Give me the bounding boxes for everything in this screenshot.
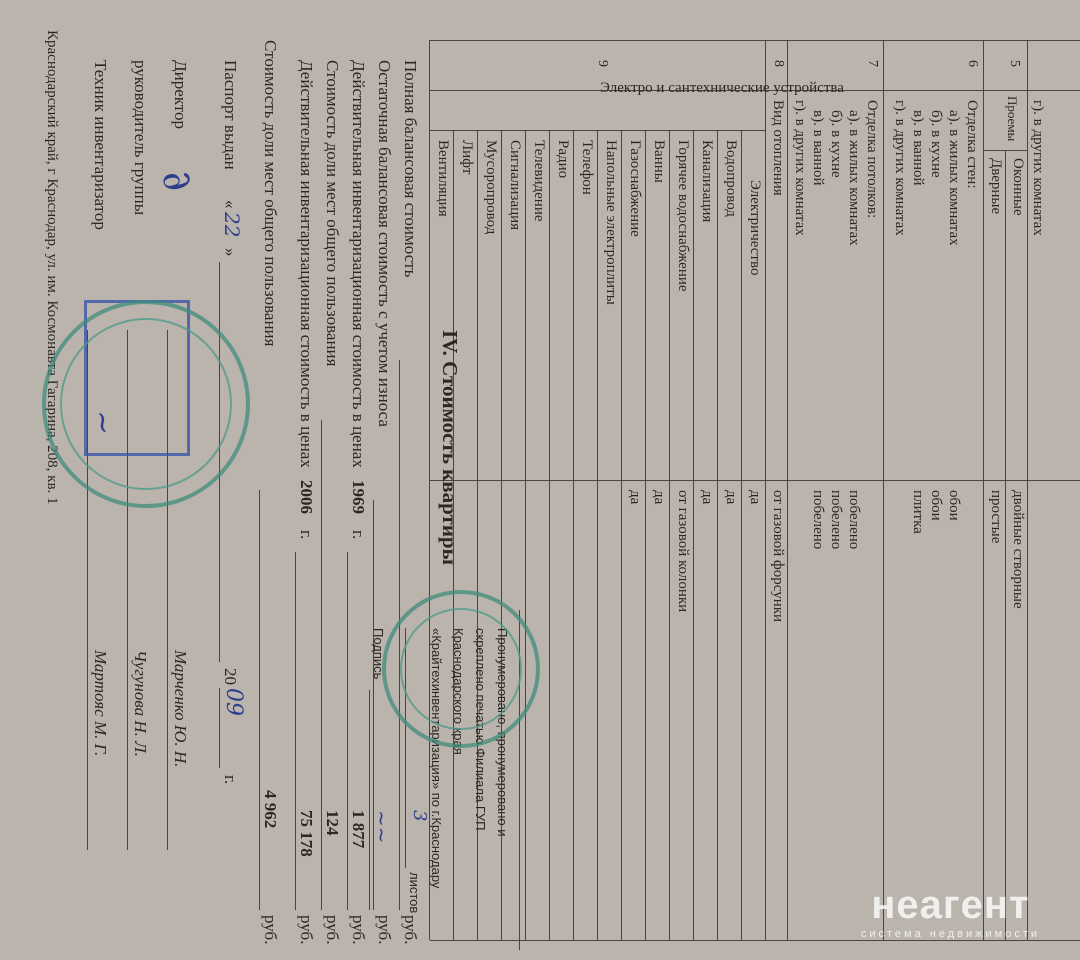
row9-item-value: да xyxy=(626,490,643,504)
row9-item-label: Радио xyxy=(554,140,571,178)
cell-divider xyxy=(430,130,766,131)
row5-label: Проемы xyxy=(1004,96,1020,141)
row6-item-value: обои xyxy=(927,490,944,521)
row9-item-label: Телефон xyxy=(578,140,595,195)
row9-item-label: Сигнализация xyxy=(506,140,523,230)
row9-item-label: Горячее водоснабжение xyxy=(674,140,691,292)
row9-item-label: Напольные электроплиты xyxy=(602,140,619,305)
cost-line-value: 124 xyxy=(322,810,342,836)
row-divider xyxy=(717,130,718,940)
row7-label: Отделка потолков: xyxy=(863,100,880,218)
note-signature: ~~ xyxy=(370,810,394,844)
row7-item-value: побелено xyxy=(827,490,844,549)
row-divider xyxy=(597,130,598,940)
row6-item-value: плитка xyxy=(909,490,926,534)
watermark-tagline: система недвижимости xyxy=(861,928,1040,940)
row-divider xyxy=(983,40,984,940)
underline xyxy=(259,490,260,910)
signatory-role: Директор xyxy=(170,60,190,129)
row9-item-label: Телевидение xyxy=(530,140,547,222)
row-divider xyxy=(1005,150,1006,940)
row8-label: Вид отопления xyxy=(769,100,786,196)
underline xyxy=(219,688,220,768)
signatory-role: руководитель группы xyxy=(130,60,150,215)
underline xyxy=(347,552,348,910)
cell-divider xyxy=(984,150,1028,151)
row7-item-value: побелено xyxy=(809,490,826,549)
common-share-value: 4 962 xyxy=(260,790,280,828)
row-number: 5 xyxy=(1006,60,1022,67)
row7-item-label: б). в кухне xyxy=(827,110,844,178)
row9-item-value: от газовой колонки xyxy=(674,490,691,612)
row9-item-label: Газоснабжение xyxy=(626,140,643,237)
row9-label: Электро и сантехнические устройства xyxy=(600,80,844,97)
signature-director: ∂ xyxy=(152,163,202,198)
row9-item-label: Лифт xyxy=(458,140,475,174)
cost-line-label: Действительная инвентаризационная стоимо… xyxy=(348,60,368,468)
cost-line-year: 1969 xyxy=(348,480,368,514)
cost-line-unit: руб. xyxy=(322,915,342,944)
row9-item-label: Электричество xyxy=(746,180,763,275)
row6-item-label: а). в жилых комнатах xyxy=(945,110,962,246)
common-share-label: Стоимость доли мест общего пользования xyxy=(260,40,280,346)
row-number: 9 xyxy=(594,60,610,67)
row7-item-value: побелено xyxy=(845,490,862,549)
row9-item-value: да xyxy=(746,490,763,504)
row-divider xyxy=(741,130,742,940)
row-divider xyxy=(787,40,788,940)
passport-close-quote: » xyxy=(220,248,240,257)
row5-item-value: простые xyxy=(987,490,1004,543)
row5-item-label: Оконные xyxy=(1009,158,1026,216)
table-border-right xyxy=(430,940,1080,941)
row9-item-value: да xyxy=(722,490,739,504)
row-divider xyxy=(693,130,694,940)
row-number: 7 xyxy=(864,60,880,67)
row6-item-label: в). в ванной xyxy=(909,110,926,186)
watermark-brand: неагент xyxy=(861,883,1040,928)
row-divider xyxy=(883,40,884,940)
row-divider xyxy=(669,130,670,940)
passport-year-prefix: 20 xyxy=(220,668,240,685)
row-divider xyxy=(525,130,526,940)
cost-line-year-suffix: г. xyxy=(296,530,316,539)
row5-item-value: двойные створные xyxy=(1009,490,1026,609)
row9-item-value: да xyxy=(650,490,667,504)
signatory-role: Техник инвентаризатор xyxy=(90,60,110,230)
document-page: г). в других комнатах 5 Проемы Оконные д… xyxy=(0,0,1080,960)
row9-item-label: Ванны xyxy=(650,140,667,183)
row7-item-label: а). в жилых комнатах xyxy=(845,110,862,246)
row6-item-label: г). в других комнатах xyxy=(891,100,908,236)
row6-label: Отделка стен: xyxy=(963,100,980,189)
signatory-name: Марченко Ю. Н. xyxy=(170,650,190,767)
row-divider xyxy=(765,40,766,940)
row9-item-label: Вентиляция xyxy=(434,140,451,217)
sheets-label: листов xyxy=(407,872,422,913)
cost-line-label: Остаточная балансовая стоимость с учетом… xyxy=(374,60,394,427)
cost-line-label: Действительная инвентаризационная стоимо… xyxy=(296,60,316,468)
passport-day: 22 xyxy=(220,212,244,237)
passport-open-quote: « xyxy=(220,200,240,209)
sheets-count: 3 xyxy=(409,810,430,821)
underline xyxy=(321,420,322,910)
cost-line-unit: руб. xyxy=(296,915,316,944)
row6-item-label: б). в кухне xyxy=(927,110,944,178)
row-number: 8 xyxy=(770,60,786,67)
row6-item-value: обои xyxy=(945,490,962,521)
row-number: 6 xyxy=(964,60,980,67)
row9-item-label: Мусоропровод xyxy=(482,140,499,234)
passport-year-suffix: г. xyxy=(220,775,240,784)
passport-year: 09 xyxy=(221,688,246,716)
cost-line-year-suffix: г. xyxy=(348,530,368,539)
round-stamp-note xyxy=(382,590,540,748)
row-divider xyxy=(1027,40,1028,940)
underline xyxy=(369,690,370,910)
row5-item-label: Дверные xyxy=(987,158,1004,214)
row-divider xyxy=(549,130,550,940)
section-title: IV. Стоимость квартиры xyxy=(437,330,462,565)
row-divider xyxy=(621,130,622,940)
row9-item-label: Водопровод xyxy=(722,140,739,217)
row7-item-label: г). в других комнатах xyxy=(791,100,808,236)
watermark: неагент система недвижимости xyxy=(861,883,1040,940)
row7-item-label: в). в ванной xyxy=(809,110,826,186)
cost-line-year: 2006 xyxy=(296,480,316,514)
round-stamp xyxy=(42,300,250,508)
row8-value: от газовой форсунки xyxy=(769,490,786,622)
common-share-unit: руб. xyxy=(260,915,280,944)
passport-label: Паспорт выдан xyxy=(220,60,240,170)
cost-line-value: 75 178 xyxy=(296,810,316,857)
signatory-name: Чугунова Н. Л. xyxy=(130,650,150,757)
row9-item-label: Канализация xyxy=(698,140,715,222)
row9-item-value: да xyxy=(698,490,715,504)
row-divider xyxy=(573,130,574,940)
signatory-name: Мартояс М. Г. xyxy=(90,650,110,756)
cost-line-label: Стоимость доли мест общего пользования xyxy=(322,60,342,366)
row-divider xyxy=(645,130,646,940)
row-prev-label: г). в других комнатах xyxy=(1029,100,1046,236)
cost-line-label: Полная балансовая стоимость xyxy=(400,60,420,277)
